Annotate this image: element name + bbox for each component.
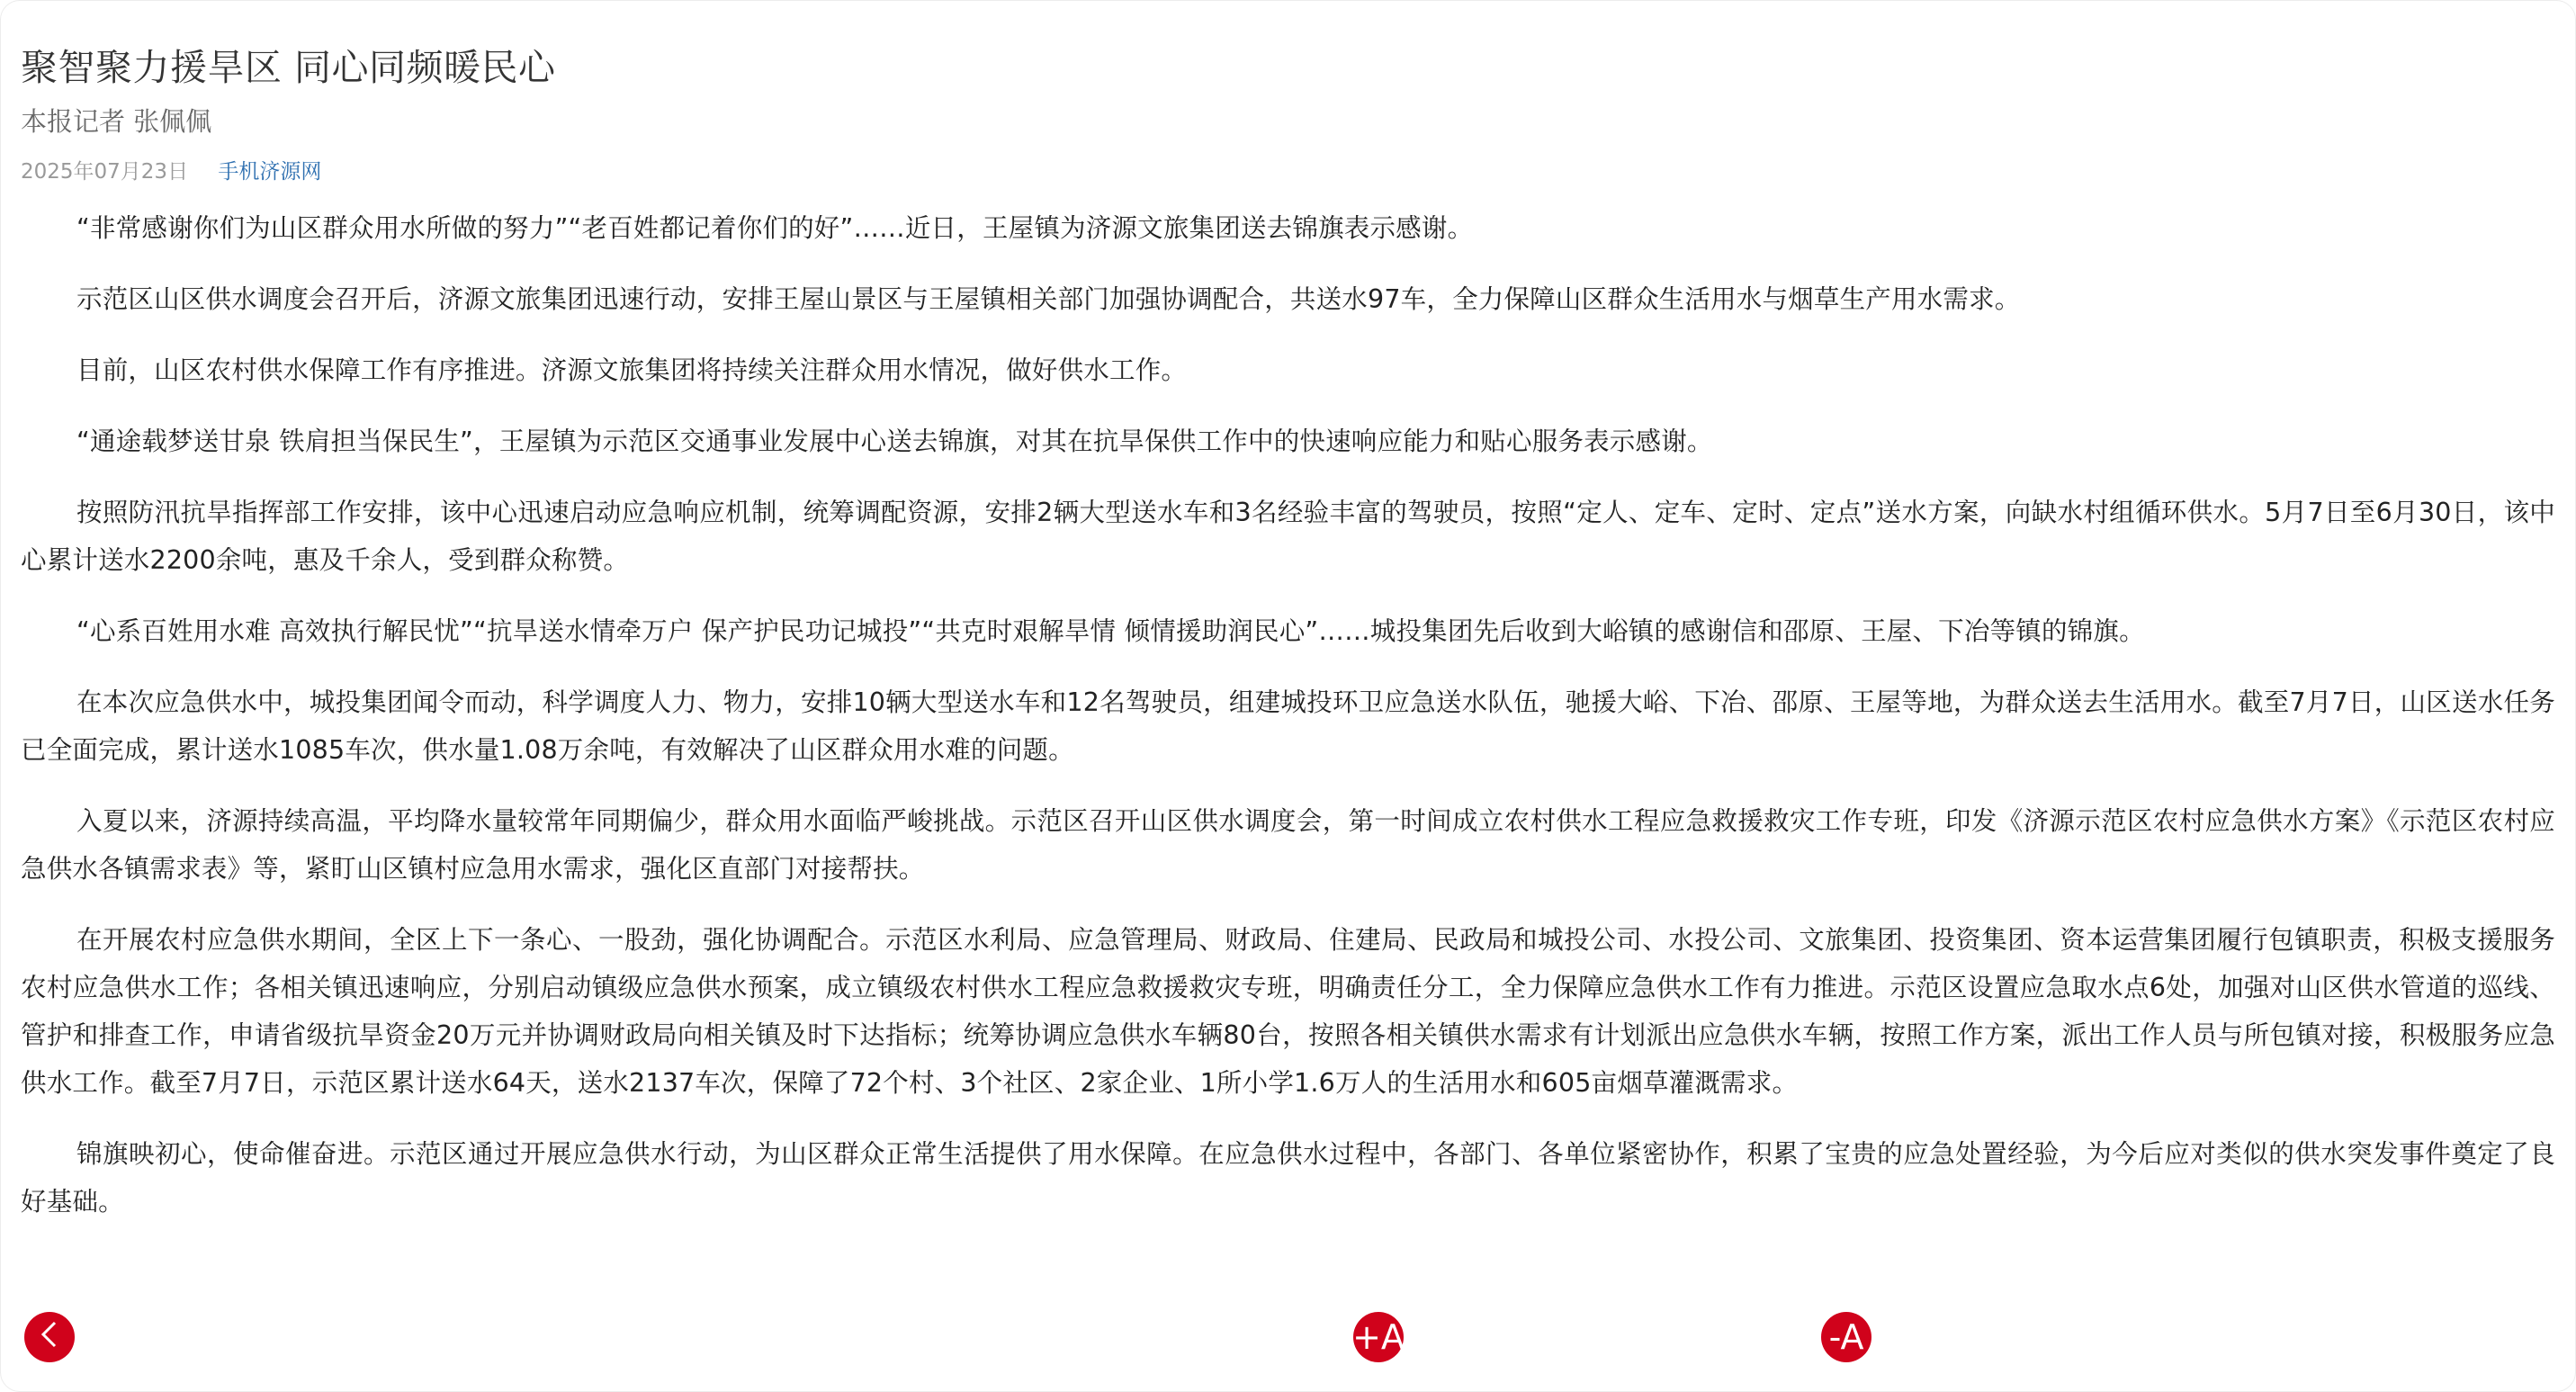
paragraph: “通途载梦送甘泉 铁肩担当保民生”，王屋镇为示范区交通事业发展中心送去锦旗，对其…	[21, 418, 2555, 465]
article: 聚智聚力援旱区 同心同频暖民心 本报记者 张佩佩 2025年07月23日 手机济…	[21, 39, 2555, 1249]
paragraph: 按照防汛抗旱指挥部工作安排，该中心迅速启动应急响应机制，统筹调配资源，安排2辆大…	[21, 489, 2555, 584]
paragraph: “心系百姓用水难 高效执行解民忧”“抗旱送水情牵万户 保产护民功记城投”“共克时…	[21, 607, 2555, 655]
paragraph: 目前，山区农村供水保障工作有序推进。济源文旅集团将持续关注群众用水情况，做好供水…	[21, 346, 2555, 394]
increase-font-button[interactable]: +A	[1353, 1312, 1404, 1362]
paragraph: 示范区山区供水调度会召开后，济源文旅集团迅速行动，安排王屋山景区与王屋镇相关部门…	[21, 275, 2555, 323]
decrease-font-button[interactable]: -A	[1821, 1312, 1871, 1362]
source-link[interactable]: 手机济源网	[218, 160, 321, 184]
article-body: “非常感谢你们为山区群众用水所做的努力”“老百姓都记着你们的好”……近日，王屋镇…	[21, 204, 2555, 1226]
back-button[interactable]	[24, 1312, 75, 1362]
paragraph: 在本次应急供水中，城投集团闻令而动，科学调度人力、物力，安排10辆大型送水车和1…	[21, 678, 2555, 774]
chevron-left-icon	[39, 1317, 60, 1357]
paragraph: 在开展农村应急供水期间，全区上下一条心、一股劲，强化协调配合。示范区水利局、应急…	[21, 916, 2555, 1107]
article-author: 本报记者 张佩佩	[21, 102, 2555, 141]
article-title: 聚智聚力援旱区 同心同频暖民心	[21, 39, 2555, 96]
article-meta: 2025年07月23日 手机济源网	[21, 154, 2555, 190]
article-page: 聚智聚力援旱区 同心同频暖民心 本报记者 张佩佩 2025年07月23日 手机济…	[0, 0, 2576, 1392]
publish-date: 2025年07月23日	[21, 160, 188, 184]
paragraph: “非常感谢你们为山区群众用水所做的努力”“老百姓都记着你们的好”……近日，王屋镇…	[21, 204, 2555, 252]
paragraph: 锦旗映初心，使命催奋进。示范区通过开展应急供水行动，为山区群众正常生活提供了用水…	[21, 1130, 2555, 1226]
bottom-toolbar: +A -A	[1, 1312, 2575, 1362]
paragraph: 入夏以来，济源持续高温，平均降水量较常年同期偏少，群众用水面临严峻挑战。示范区召…	[21, 797, 2555, 893]
